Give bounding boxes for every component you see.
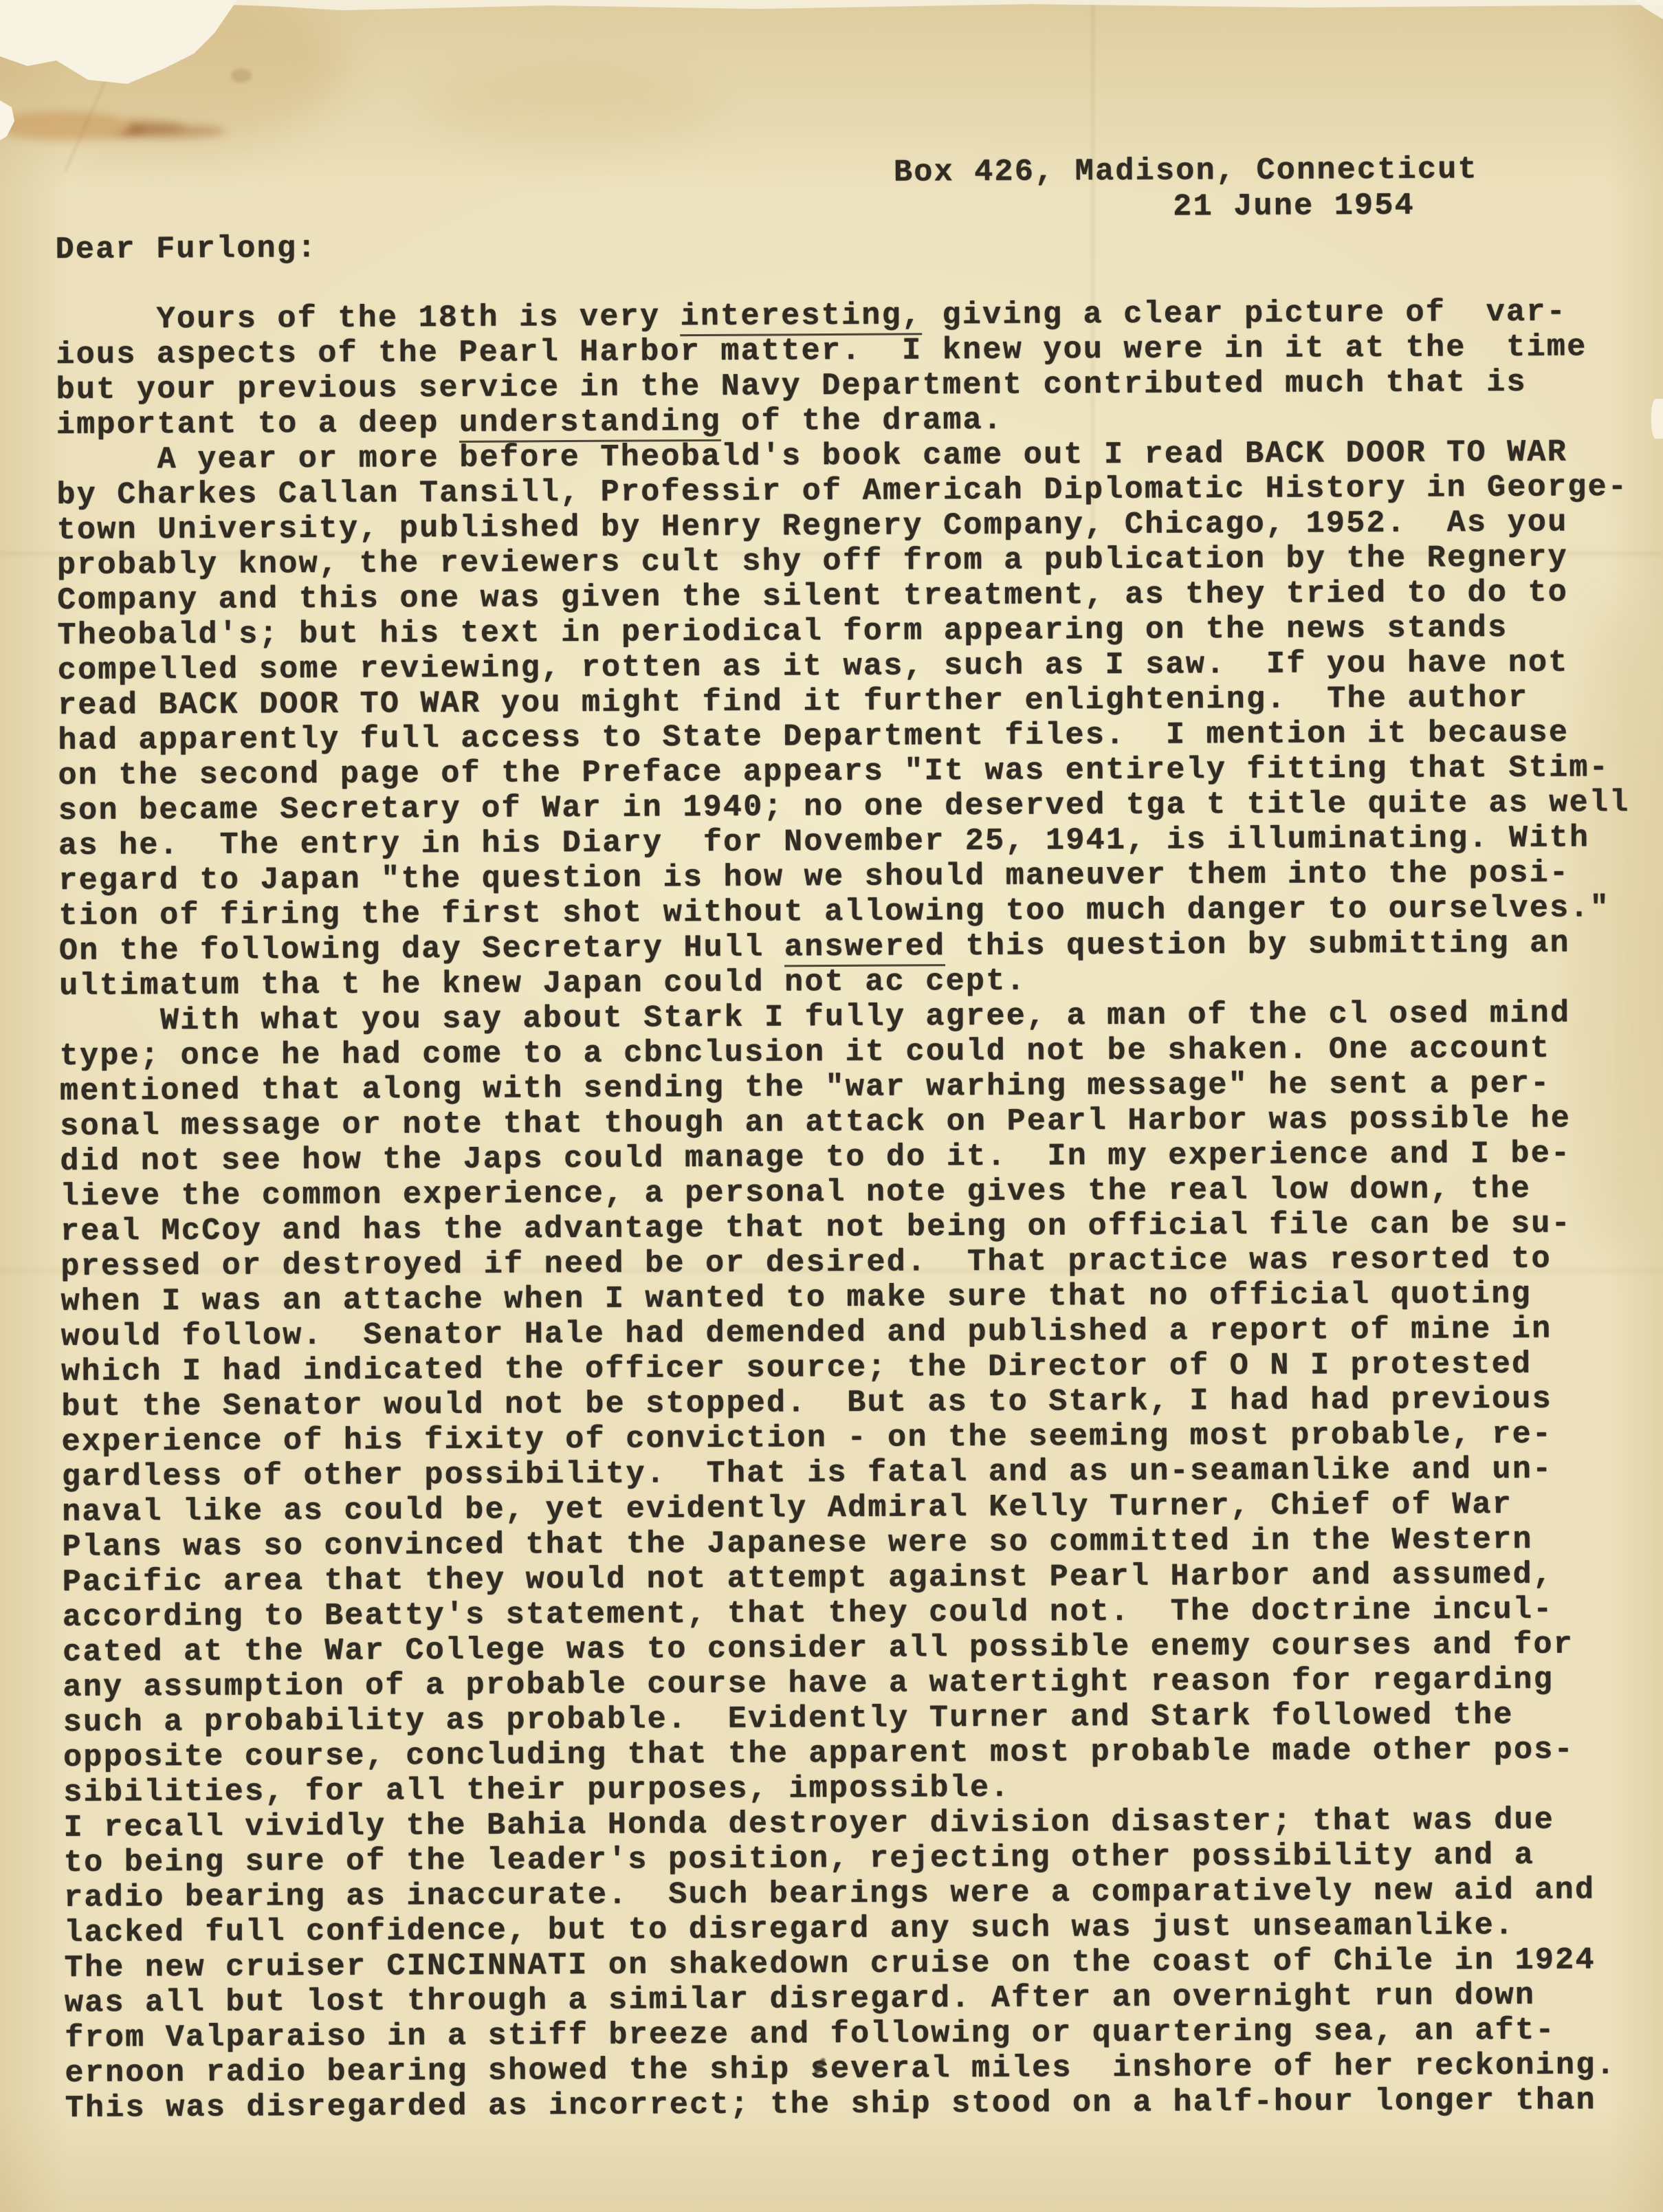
letter-body: Yours of the 18th is very interesting, g…	[56, 294, 1637, 2126]
letter-page: Box 426, Madison, Connecticut 21 June 19…	[0, 0, 1663, 2212]
underlined-word: understanding	[459, 404, 721, 443]
letter-content: Box 426, Madison, Connecticut 21 June 19…	[0, 0, 1663, 2212]
salutation: Dear Furlong:	[55, 231, 317, 267]
underlined-word: interesting,	[680, 298, 922, 336]
date-line: 21 June 1954	[1173, 188, 1415, 225]
address-line-1: Box 426, Madison, Connecticut	[894, 152, 1478, 190]
underlined-word: answered	[784, 929, 946, 967]
body-line: This was disregarded as incorrect; the s…	[65, 2083, 1637, 2126]
